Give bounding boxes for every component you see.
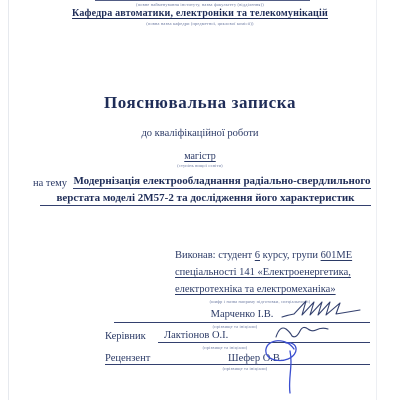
student-name-line: Марченко І.В. <box>114 309 370 323</box>
reviewer-name: Шефер О.В. <box>228 353 283 364</box>
group-number: 601МЕ <box>321 250 353 261</box>
supervisor-name: Лактіонов О.І. <box>164 330 228 341</box>
supervisor-role: Керівник <box>105 331 146 342</box>
page-fold-line <box>8 0 9 400</box>
page-edge-line <box>376 0 377 400</box>
supervisor-name-caption: (прізвище та ініціали) <box>165 345 285 350</box>
topic-line-2: верстата моделі 2М57-2 та дослідження йо… <box>40 192 371 206</box>
page-title: Пояснювальна записка <box>0 93 400 113</box>
department-caption: (повна назва кафедри (предметної, циклов… <box>0 21 400 26</box>
specialty-caption: (шифр і назва напряму підготовки, спеціа… <box>160 299 360 304</box>
page-subtitle: до кваліфікаційної роботи <box>0 128 400 139</box>
student-name-caption: (прізвище та ініціали) <box>170 324 300 329</box>
executor-line-2: спеціальності 141 «Електроенергетика, <box>175 267 351 278</box>
executor-line-1: Виконав: студент 6 курсу, групи 601МЕ <box>175 250 352 261</box>
degree-caption: (ступінь вищої освіти) <box>0 163 400 168</box>
reviewer-name-caption: (прізвище та ініціали) <box>180 366 310 371</box>
topic-line-1: Модернізація електрообладнання радіально… <box>73 175 371 189</box>
topic-label: на тему <box>33 178 67 189</box>
supervisor-name-line: Лактіонов О.І. <box>158 330 370 343</box>
degree-level: магістр <box>0 151 400 162</box>
executor-line-3: електротехніка та електромеханіка» <box>175 284 336 295</box>
reviewer-role: Рецензент <box>105 353 150 364</box>
department-heading: Кафедра автоматики, електроніки та телек… <box>0 8 400 19</box>
institute-underline <box>95 0 310 1</box>
institute-caption: (повне найменування інституту, назва фак… <box>0 2 400 7</box>
student-name: Марченко І.В. <box>211 309 274 320</box>
